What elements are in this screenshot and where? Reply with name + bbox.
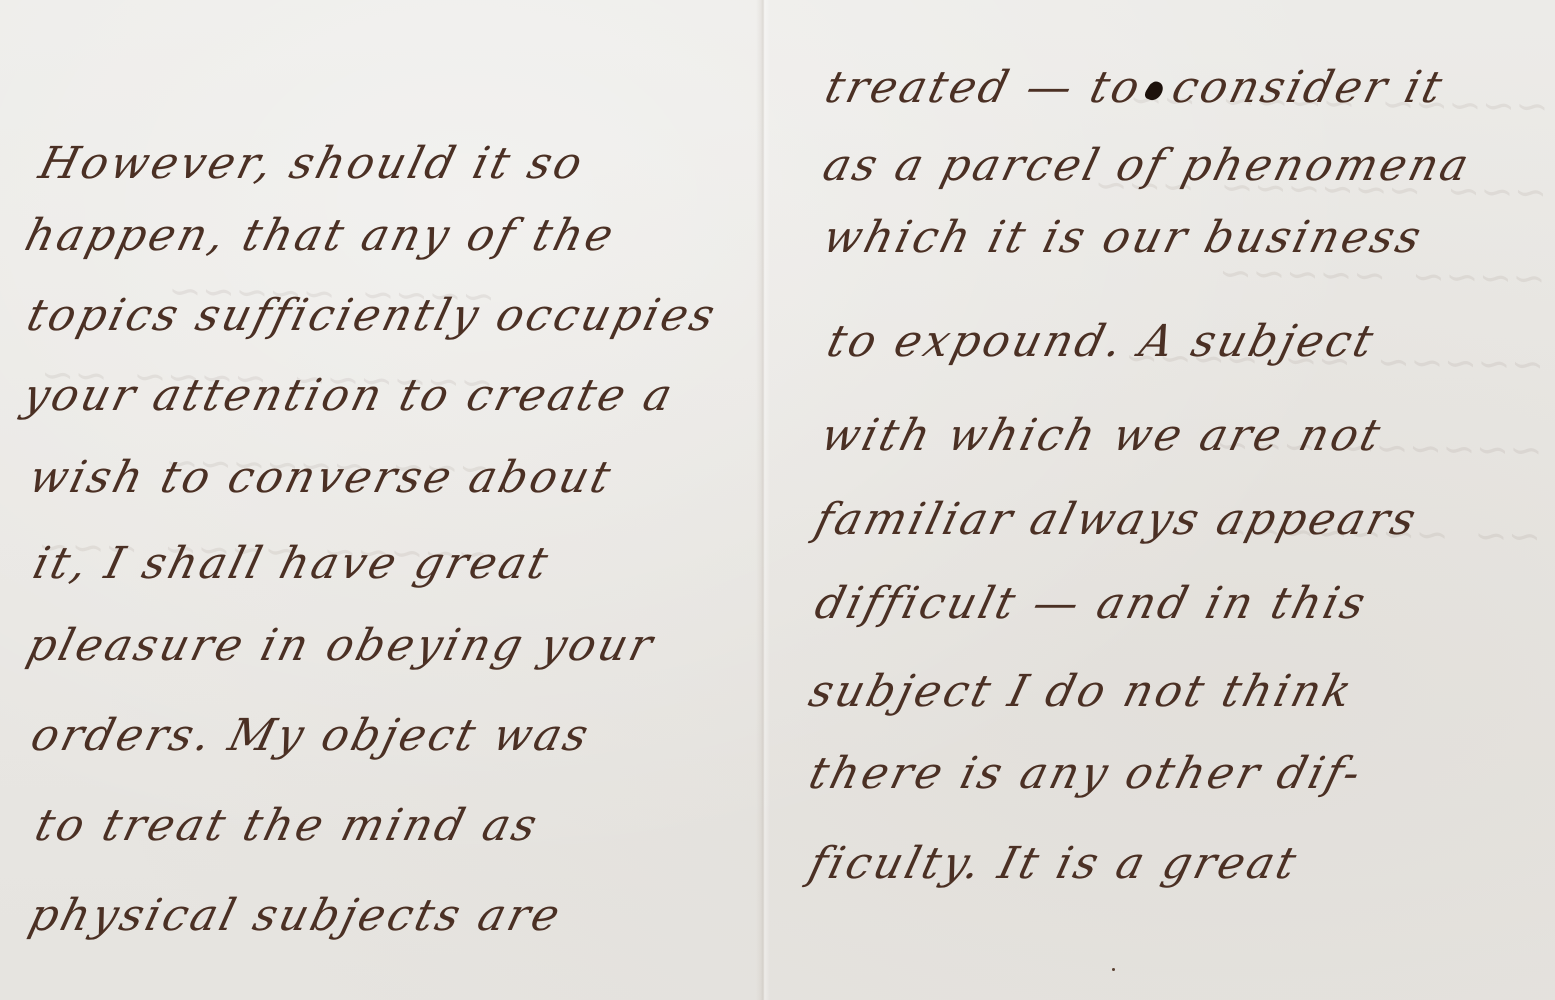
right-line-8: subject I do not think [804, 666, 1359, 717]
letter-sheet: ~~~~ ~~~~~ ~~~~~~ ~~~~ ~~ ~~~ ~~~~~~ ~~~… [0, 0, 1555, 1000]
right-line-6: familiar always appears [810, 494, 1423, 545]
left-line-9: to treat the mind as [30, 800, 545, 851]
right-page: ~~~~~ ~~~~ ~~ ~~~ ~~~~~~ ~~~ ~~~~ ~~~~~ … [770, 0, 1555, 1000]
left-line-3: topics sufficiently occupies [22, 290, 723, 341]
right-line-1-start: treated — to [820, 62, 1148, 113]
right-line-2: as a parcel of phenomena [818, 140, 1476, 191]
ink-blot-strikeout [1143, 79, 1167, 101]
left-line-10: physical subjects are [24, 890, 568, 941]
right-line-5: with which we are not [816, 410, 1388, 461]
right-line-1: treated — toconsider it [820, 62, 1450, 113]
right-line-3: which it is our business [818, 212, 1429, 263]
left-line-7: pleasure in obeying your [22, 620, 660, 671]
right-line-9: there is any other dif- [804, 748, 1368, 799]
left-line-8: orders. My object was [26, 710, 596, 761]
right-line-1-end: consider it [1167, 62, 1450, 113]
left-line-5: wish to converse about [24, 452, 618, 503]
ink-dot [1112, 968, 1115, 971]
left-line-4: your attention to create a [18, 370, 680, 421]
left-page: ~~~~ ~~~~~ ~~~~~~ ~~~~ ~~ ~~~ ~~~~~~ ~~~… [0, 0, 756, 1000]
right-line-4: to expound. A subject [822, 316, 1381, 367]
right-line-7: difficult — and in this [810, 578, 1373, 629]
left-line-2: happen, that any of the [20, 210, 621, 261]
center-fold [756, 0, 770, 1000]
right-line-10: ficulty. It is a great [804, 838, 1304, 889]
left-line-1: However, should it so [34, 138, 590, 189]
left-line-6: it, I shall have great [28, 538, 556, 589]
